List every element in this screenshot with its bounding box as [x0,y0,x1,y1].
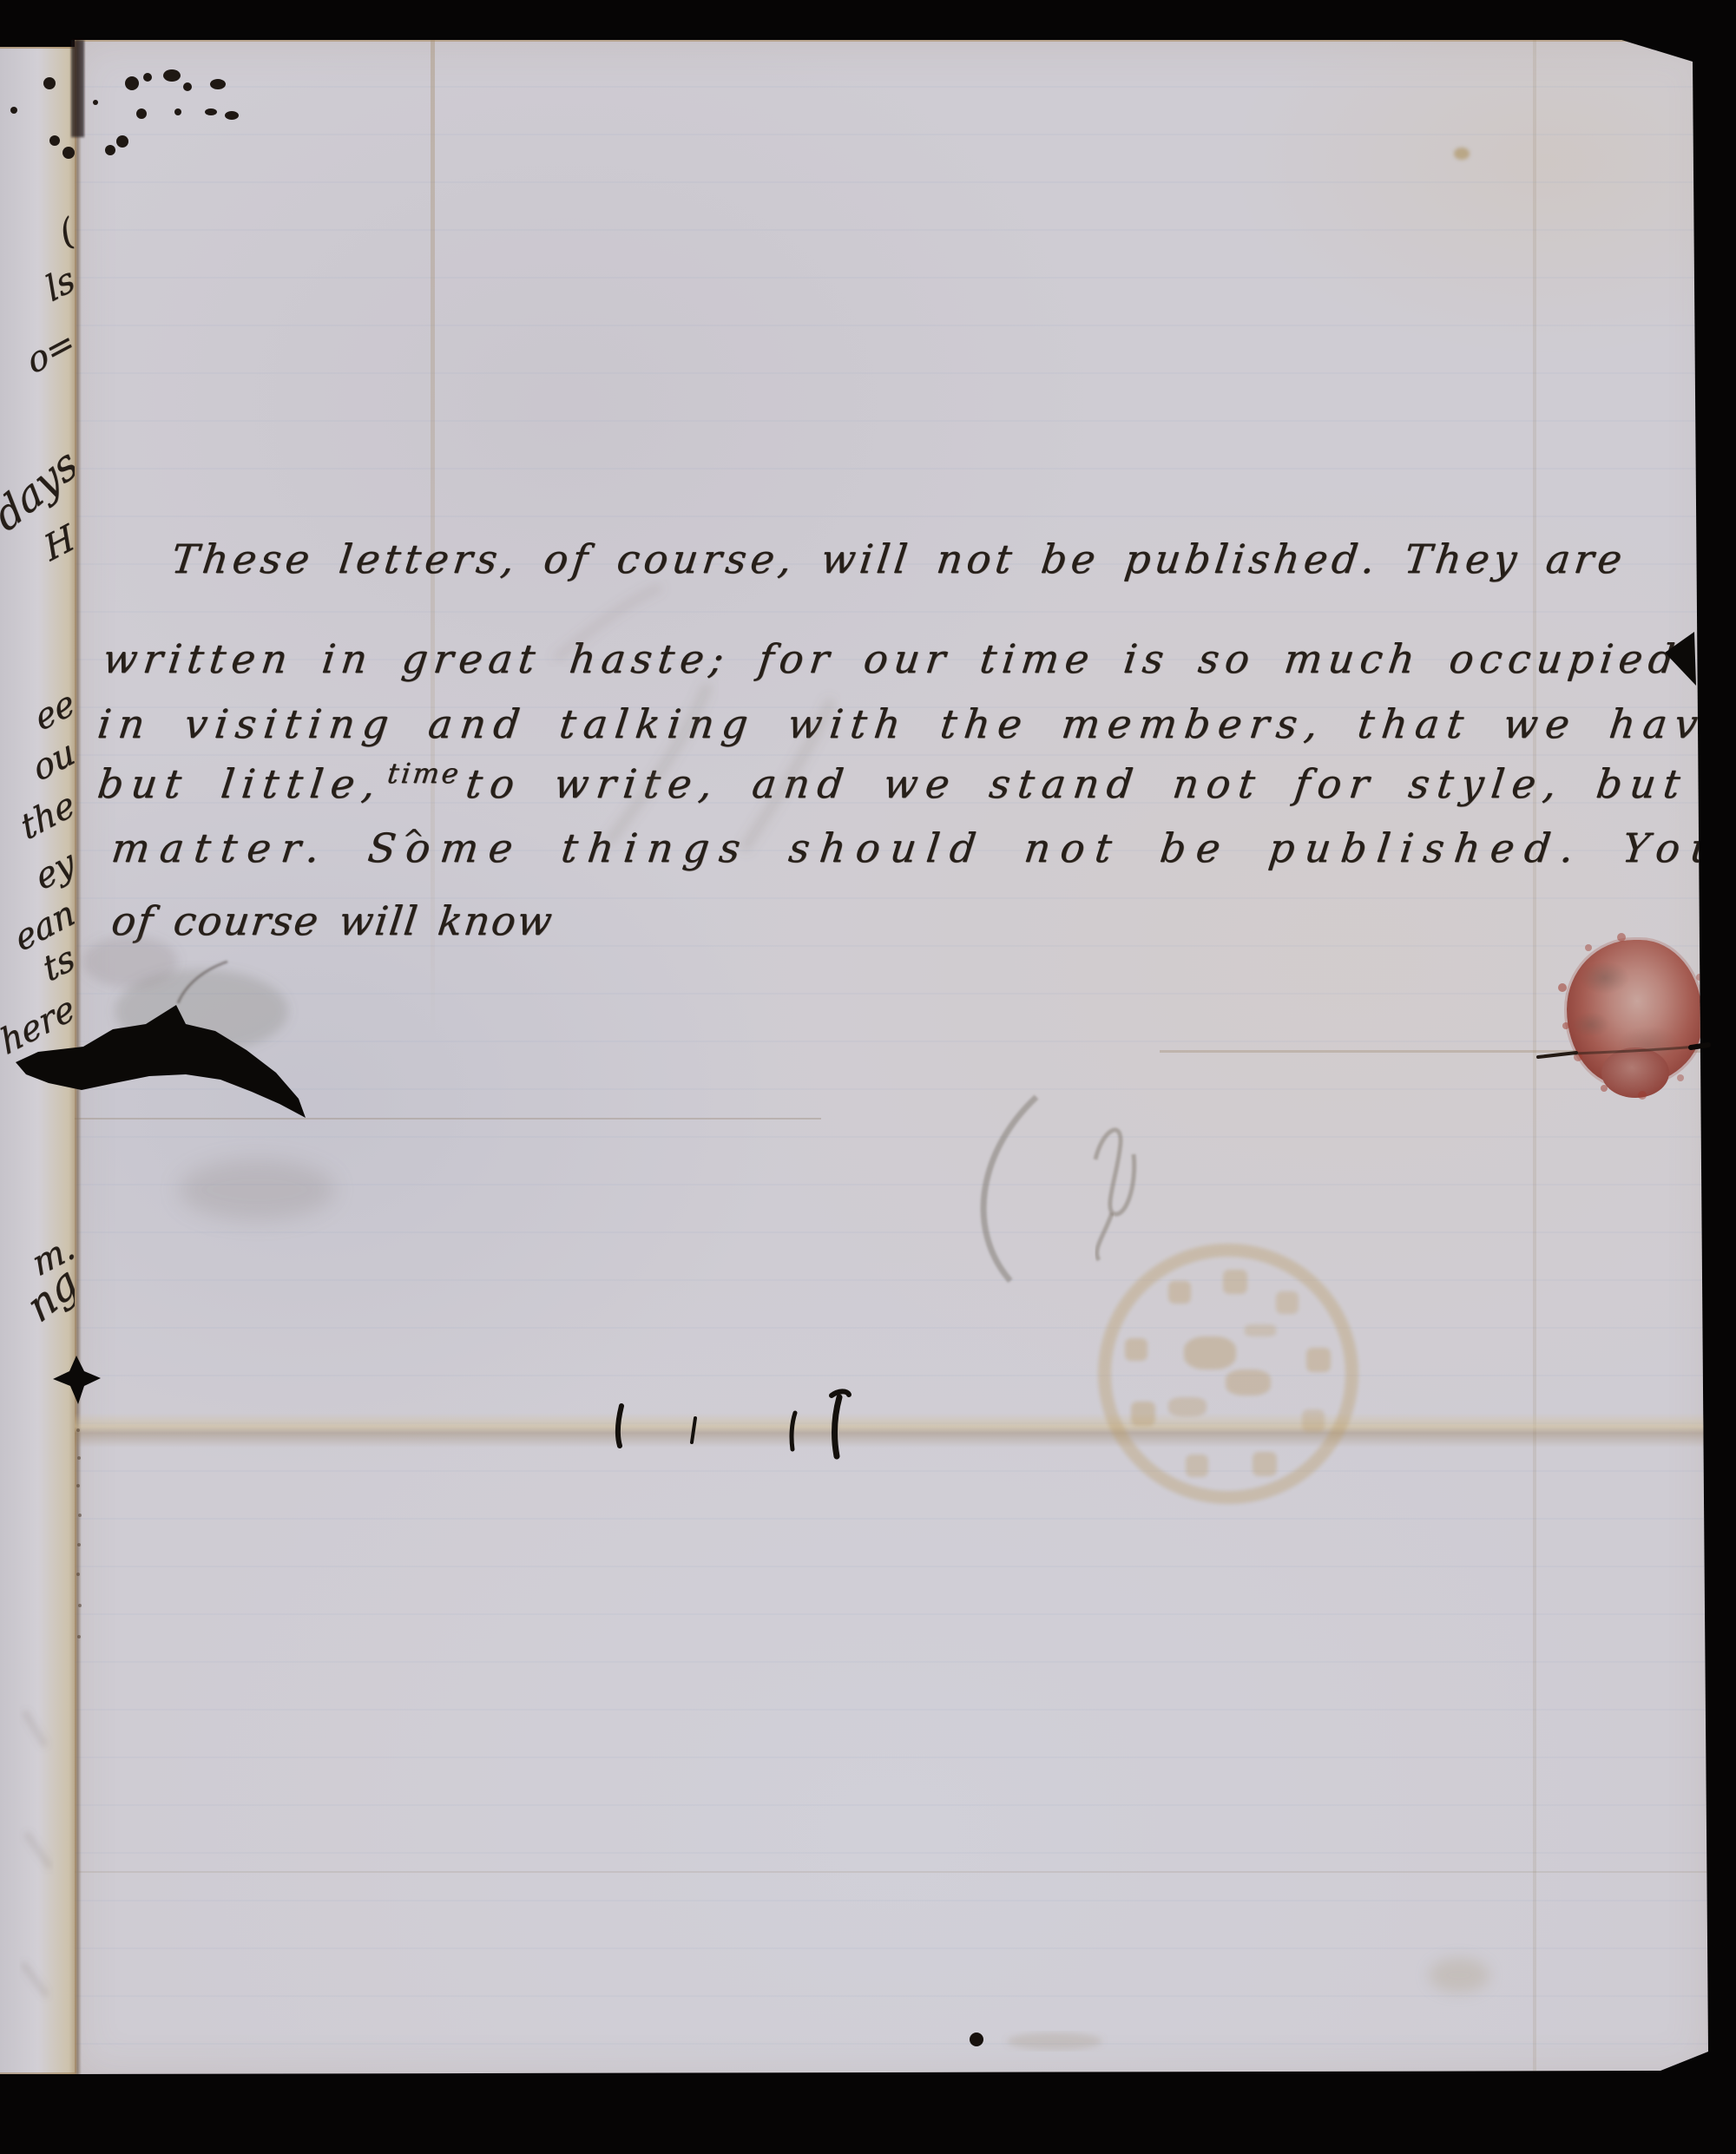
horizontal-crease [75,1871,1710,1873]
postmark-stamp [1098,1244,1358,1504]
handwriting-line-2: written in great haste; for our time is … [101,639,1683,679]
horizontal-fold-crease [75,1413,1710,1448]
vertical-fold-crease [75,40,82,2076]
paper-stain [1429,1958,1489,1993]
wax-seal-lobe [1601,1047,1669,1098]
handwriting-line-4: but little,time^to write, and we stand n… [95,764,1690,804]
vertical-crease [1533,40,1536,2076]
paper-texture [75,40,1710,2076]
line4-text-after: to write, and we stand not for style, bu… [464,760,1691,807]
line4-text-before: but little, [95,760,386,807]
scanned-letter-photo: ( ls o= days H ee ou the ey ean ts here … [0,0,1736,2154]
fragment-text: o= [0,324,79,410]
ruled-lines [75,40,1710,2076]
postmark-center-marks [1184,1336,1236,1369]
handwriting-line-5: matter. Some things should not be publis… [109,828,1710,868]
paper-stain [179,1159,335,1220]
horizontal-crease [75,1118,821,1120]
postmark-ring-text-illegible [1228,1374,1232,1377]
letter-page: These letters, of course, will not be pu… [75,40,1710,2076]
wax-seal [1567,940,1702,1086]
handwriting-line-1: These letters, of course, will not be pu… [169,539,1628,579]
handwriting-line-3: in visiting and talking with the members… [95,704,1710,744]
adjacent-page-edge: ( ls o= days H ee ou the ey ean ts here … [0,47,76,2074]
wax-seal-speckles [1567,940,1572,945]
inserted-word: time [385,759,462,787]
paper-stain [1454,148,1470,160]
handwriting-line-6: of course will know [109,901,556,941]
